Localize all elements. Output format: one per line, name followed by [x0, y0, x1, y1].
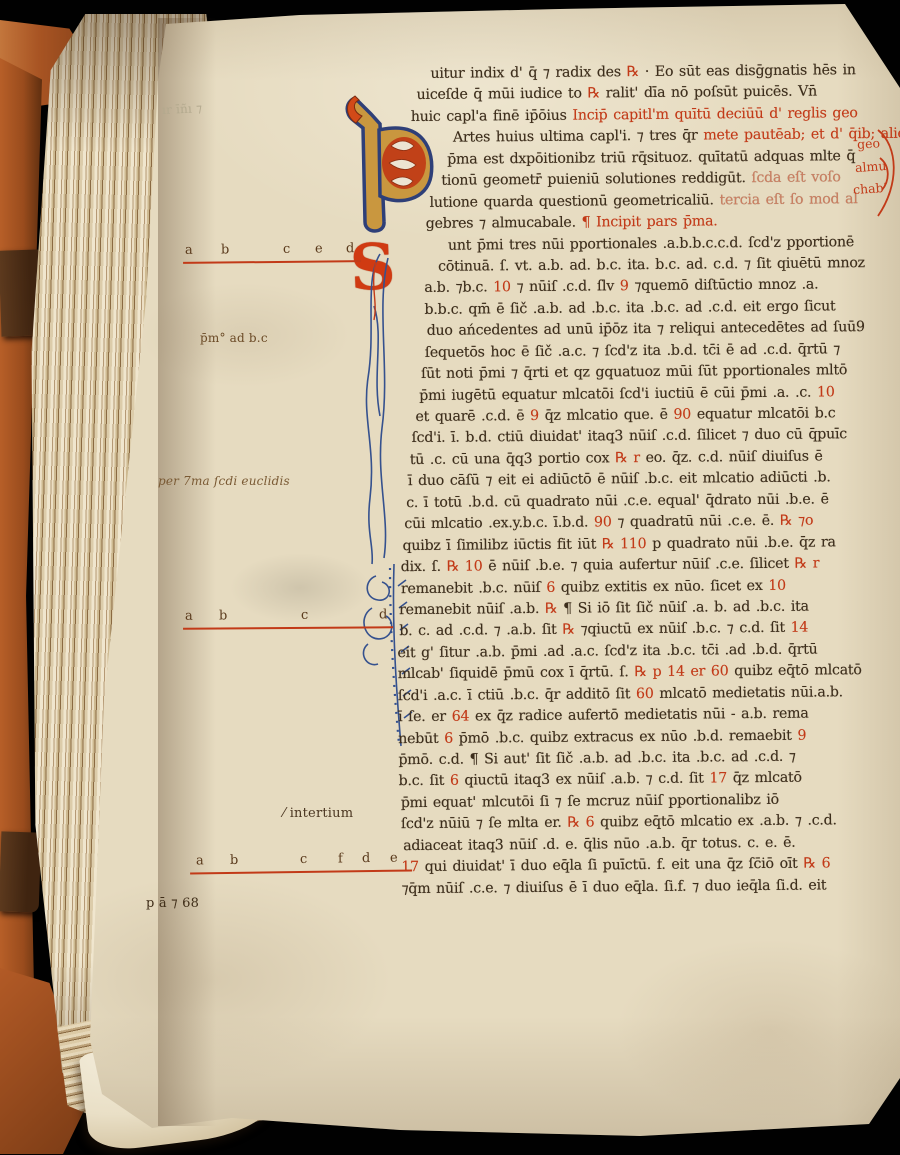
ink-text: eo. q̄z. c.d. nūiſ diuiſus ē	[640, 448, 823, 466]
ink-text: ⁊qiuctū ex nūiſ .b.c. ⁊ c.d. ſit	[575, 620, 791, 638]
rubric-text: ℞	[562, 622, 575, 638]
diagram-letter: a	[185, 609, 193, 624]
ink-text: ē nūiſ .b.e. ⁊ quia aufertur nūiſ .c.e. …	[482, 556, 794, 575]
rubric-text: ℞ r	[615, 450, 640, 466]
diagram-letter: a	[185, 243, 193, 258]
rubric-text: 14	[791, 620, 809, 636]
ink-text: tū .c. cū una q̄q3 portio cox	[410, 450, 615, 468]
rubric-text: 6	[444, 730, 453, 746]
ink-text: ſūt noti p̄mi ⁊ q̄rti et qz gquatuoz mūi…	[421, 362, 847, 382]
ink-text: q̄z mlcatō	[727, 770, 802, 787]
ink-text: qiuctū itaq3 ex nūiſ .a.b. ⁊ c.d. ſit	[459, 771, 710, 789]
rubric-text: ℞ r	[794, 556, 819, 572]
red-segment-line	[183, 626, 393, 629]
ink-text: p̄mi iugētū equatur mlcatōi ſcd'i iuctiū…	[419, 384, 817, 403]
ink-text: p̄mi equat' mlcutōi ſi ⁊ ſe mcruz nūiſ p…	[401, 792, 779, 811]
rubric-text: 90	[594, 514, 612, 530]
ink-text: equatur mlcatōi b.c	[691, 405, 836, 422]
ink-text: p̄mō. c.d. ¶ Si aut' ſit ſič .a.b. ad .b…	[398, 749, 795, 768]
rubric-text: Incip̄ capitl'm quītū deciūū d' reglis g…	[572, 105, 857, 123]
ink-text: b.c. ſit	[399, 773, 450, 789]
diagram-letter: d	[362, 851, 371, 866]
margin-note-intertium: ⁄ intertium	[283, 806, 353, 821]
rubric-text: ℞ 110	[602, 536, 647, 552]
text-block: uitur indix d' q̄ ⁊ radix des ℞ · Eo sūt…	[388, 62, 900, 902]
diagram-letter: b	[230, 853, 239, 868]
ink-text: cōtinuā. ſ. vt. a.b. ad. b.c. ita. b.c. …	[438, 255, 865, 275]
faded-margin-note: ır īñı ⁊	[162, 101, 203, 117]
ink-text: p̄mō .b.c. quibz extracus ex nūo .b.d. r…	[453, 727, 798, 746]
ink-text: · Eo sūt eas disḡgnatis hēs in	[639, 62, 856, 80]
ink-text: p quadrato nūi .b.e. q̄z ra	[646, 534, 835, 552]
diagram-letter: c	[300, 852, 307, 867]
diagram-letter: c	[301, 608, 308, 623]
ink-text: b.b.c. qm̄ ē ſič .a.b. ad .b.c. ita .b.c…	[424, 298, 835, 318]
ink-text: ſcd'i .a.c. ī ctiū .b.c. q̄r additō ſit	[398, 686, 636, 704]
ink-text: ex q̄z radice aufertō medietatis nūi - a…	[469, 706, 808, 725]
rubric-text: 60	[636, 686, 654, 702]
ink-text: quibz extitis ex nūo. ſicet ex	[555, 577, 768, 595]
ink-text: ſcd'z nūiū ⁊ ſe mlta er.	[401, 815, 568, 832]
red-margin-bracket	[874, 128, 900, 224]
ink-text: nebūt	[398, 730, 444, 746]
ink-text: quibz eq̄tō mlcatō	[728, 662, 861, 679]
diagram-letter: f	[338, 851, 343, 866]
ink-text: lutione quarda questionū geometricaliū.	[429, 192, 719, 211]
ink-text: remanebit .b.c. nūiſ	[401, 579, 546, 596]
diagram-letter: d	[379, 607, 387, 622]
ink-text: cūi mlcatio .ex.y.b.c. ī.b.d.	[404, 515, 594, 533]
ink-text: duo ańcedentes ad unū ip̄ōz ita ⁊ reliqu…	[427, 319, 865, 339]
ink-text: ralit' dīa nō poſsūt puicēs. Vn̄	[600, 84, 817, 102]
margin-note-pm-adbc: p̄m° ad b.c	[200, 331, 268, 345]
rubric-text: 6	[546, 579, 555, 595]
diagram-letter: e	[390, 851, 398, 866]
ink-text: uitur indix d' q̄ ⁊ radix des	[430, 64, 626, 82]
ink-text: quibz eq̄tō mlcatio ex .a.b. ⁊ .c.d.	[594, 813, 836, 831]
ink-text: a.b. ⁊b.c.	[424, 280, 493, 297]
ink-text: tercia eſt ſo mod al	[719, 191, 857, 208]
rubric-text: 90	[673, 407, 691, 423]
rubric-text: ℞	[545, 601, 558, 617]
binding-strap-bottom	[0, 831, 41, 912]
rubric-text: 17	[709, 771, 727, 787]
rubric-text: ℞ 6	[803, 856, 830, 872]
line-diagram-abced: abced	[183, 241, 361, 269]
rubric-text: ℞ 6	[567, 815, 594, 831]
rubric-text: ℞ ⁊o	[780, 513, 813, 529]
ink-text: ſcda eſt voſo	[751, 169, 840, 186]
rubric-text: ℞	[627, 64, 640, 80]
ink-text: unt p̄mi tres nūi pportionales .a.b.b.c.…	[448, 234, 854, 254]
ink-text: tionū geometr̄ puieniū solutiones reddig…	[441, 170, 751, 189]
text-line: ⁊q̄m nūiſ .c.e. ⁊ diuiſus ē ī duo eq̄la.…	[401, 876, 900, 902]
diagram-letter: d	[346, 241, 354, 256]
ink-text: huic capl'a finē ip̄ōius	[411, 108, 573, 125]
ink-text: q̄z mlcatio que. ē	[539, 407, 674, 424]
diagram-letter: b	[221, 242, 229, 257]
rubric-text: 9	[797, 727, 806, 743]
ink-text: qui diuidat' ī duo eq̄la ſi puīctū. f. e…	[419, 856, 804, 875]
diagram-letter: c	[283, 242, 290, 257]
ink-text: Artes huius ultima capl'i. ⁊ tres q̄r	[453, 128, 703, 146]
rubric-text: 10	[817, 384, 835, 400]
ink-text: ī ſe. er	[398, 709, 452, 725]
ink-text: quibz ī ſimilibz iūctis fit iūt	[402, 536, 601, 554]
ink-text: ī duo cāſū ⁊ eit ei adiūctō ē nūiſ .b.c.…	[408, 470, 831, 490]
ink-text: uiceſde q̄ mūi iudice to	[417, 86, 588, 103]
ink-text: et quarē .c.d. ē	[415, 408, 530, 425]
diagram-letter: e	[315, 241, 323, 256]
ink-text: gebres ⁊ almucabale.	[426, 215, 582, 232]
ink-text: ⁊quemō diſtūctio mnoz .a.	[629, 277, 819, 295]
ink-text: remanebit nūiſ .a.b.	[399, 601, 545, 618]
ink-text: c. ī totū .b.d. cū quadrato nūi .c.e. eq…	[406, 491, 829, 511]
rubric-text: ℞	[587, 86, 600, 102]
line-diagram-abcfde: abcfde	[190, 850, 412, 879]
ink-text: dix. ſ.	[401, 559, 447, 575]
ink-text: ⁊ quadratū nūi .c.e. ē.	[612, 513, 780, 530]
ink-text: ſequetōs hoc ē ſič .a.c. ⁊ ſcd'z ita .b.…	[425, 341, 840, 361]
manuscript-photo: S uitur indix d' q̄ ⁊ radix des ℞ · Eo s…	[0, 0, 900, 1155]
rubric-text: 10	[493, 280, 511, 296]
rubric-text: ℞ p 14 er 60	[634, 664, 728, 681]
rubric-text: 64	[452, 709, 470, 725]
ink-text: b. c. ad .c.d. ⁊ .a.b. ſit	[399, 622, 562, 639]
ink-text: ſcd'i. ī. b.d. ctiū diuidat' itaq3 nūiſ …	[412, 427, 847, 447]
rubric-text: ¶ Incipit pars p̄ma.	[581, 213, 717, 230]
rubric-text: 6	[450, 773, 459, 789]
ink-text: ⁊ nūiſ .c.d. ſlv	[511, 279, 620, 296]
ink-text: ⁊q̄m nūiſ .c.e. ⁊ diuiſus ē ī duo eq̄la.…	[401, 877, 826, 897]
red-segment-line	[183, 260, 361, 264]
ink-text: p̄ma est dxpōitionibz triū rq̄situoz. qu…	[447, 148, 855, 168]
margin-note-euclid: per 7ma ſcdi euclidis	[158, 474, 290, 488]
ink-text: eit g' ſitur .a.b. p̄mi .ad .a.c. ſcd'z …	[397, 641, 817, 661]
ink-text: ¶ Si iō ſit ſič nūiſ .a. b. ad .b.c. ita	[557, 599, 809, 617]
margin-note-68: p ā ⁊ 68	[146, 896, 199, 911]
ink-text: adiaceat itaq3 nūiſ .d. e. q̄lis nūo .a.…	[403, 834, 795, 853]
line-diagram-abcd: abcd	[183, 607, 393, 634]
diagram-letter: b	[219, 608, 227, 623]
rubric-text: ℞ 10	[447, 558, 483, 574]
ink-text: mlcab' ſiquidē p̄mū cox ī q̄rtū. ſ.	[398, 664, 635, 682]
ink-text: mlcatō medietatis nūi.a.b.	[653, 684, 842, 702]
diagram-letter: a	[196, 853, 204, 868]
red-segment-line	[190, 869, 412, 874]
rubric-text: 10	[768, 577, 786, 593]
